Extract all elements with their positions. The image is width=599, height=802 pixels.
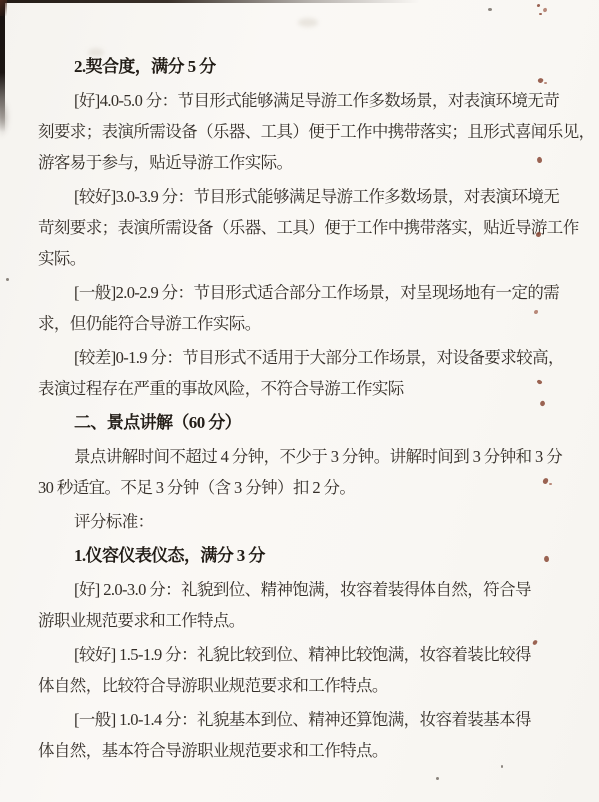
text-line-good-fit: [好]4.0-5.0 分：节目形式能够满足导游工作多数场景，对表演环境无苛 (38, 85, 594, 116)
scan-speck (436, 777, 439, 780)
text-line: 体自然，比较符合导游职业规范要求和工作特点。 (38, 670, 594, 701)
text-line-good-appearance: [好] 2.0-3.0 分：礼貌到位、精神饱满，妆容着装得体自然，符合导 (38, 574, 594, 605)
heading-fit-score: 2.契合度，满分 5 分 (38, 51, 594, 82)
text-line: 刻要求；表演所需设备（乐器、工具）便于工作中携带落实；且形式喜闻乐见， (38, 116, 594, 147)
document-text: 2.契合度，满分 5 分 [好]4.0-5.0 分：节目形式能够满足导游工作多数… (38, 51, 594, 766)
heading-scenic-explanation: 二、景点讲解（60 分） (38, 407, 594, 438)
scan-speck (501, 765, 503, 768)
scan-corner-tint (0, 0, 7, 16)
scan-speck (6, 278, 9, 281)
heading-appearance-score: 1.仪容仪表仪态，满分 3 分 (38, 540, 594, 571)
scan-speck (539, 13, 542, 15)
text-line-better-appearance: [较好] 1.5-1.9 分：礼貌比较到位、精神比较饱满，妆容着装比较得 (38, 639, 594, 670)
text-line: 表演过程存在严重的事故风险，不符合导游工作实际 (38, 373, 594, 404)
text-line-better-fit: [较好]3.0-3.9 分：节目形式能够满足导游工作多数场景，对表演环境无 (38, 181, 594, 212)
text-line: 实际。 (38, 243, 594, 274)
text-line: 游职业规范要求和工作特点。 (38, 605, 594, 636)
text-line-average-fit: [一般]2.0-2.9 分：节目形式适合部分工作场景，对呈现场地有一定的需 (38, 277, 594, 308)
text-line: 体自然，基本符合导游职业规范要求和工作特点。 (38, 735, 594, 766)
scan-speck (488, 8, 492, 11)
text-line: 求，但仍能符合导游工作实际。 (38, 308, 594, 339)
text-line-average-appearance: [一般] 1.0-1.4 分：礼貌基本到位、精神还算饱满，妆容着装基本得 (38, 704, 594, 735)
text-line-time-rule: 景点讲解时间不超过 4 分钟，不少于 3 分钟。讲解时间到 3 分钟和 3 分 (38, 441, 594, 472)
scan-speck (544, 82, 547, 84)
text-line: 游客易于参与，贴近导游工作实际。 (38, 147, 594, 178)
scan-speck (549, 483, 552, 485)
scan-edge-left-blur (0, 96, 10, 138)
scanned-page: 2.契合度，满分 5 分 [好]4.0-5.0 分：节目形式能够满足导游工作多数… (0, 0, 599, 802)
scan-smudge (298, 18, 318, 27)
text-line: 30 秒适宜。不足 3 分钟（含 3 分钟）扣 2 分。 (38, 472, 594, 503)
text-line-poor-fit: [较差]0-1.9 分：节目形式不适用于大部分工作场景，对设备要求较高， (38, 342, 594, 373)
scan-edge-top (0, 0, 599, 3)
label-scoring-criteria: 评分标准： (38, 506, 594, 537)
scan-speck (537, 4, 541, 8)
scan-speck (543, 8, 548, 13)
text-line: 苛刻要求；表演所需设备（乐器、工具）便于工作中携带落实，贴近导游工作 (38, 212, 594, 243)
